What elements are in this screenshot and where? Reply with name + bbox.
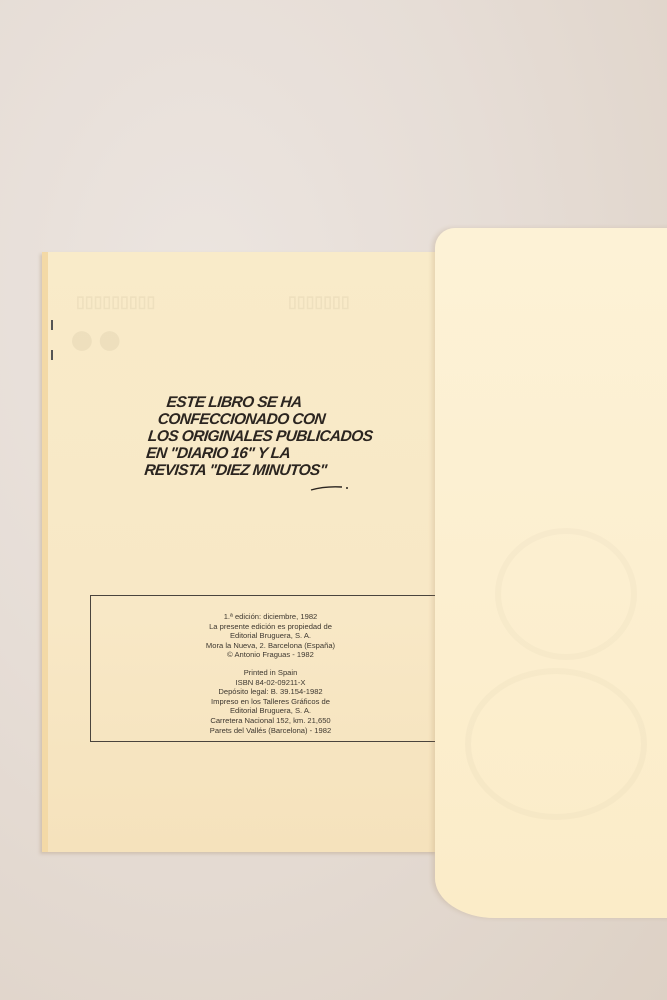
show-through-text: ▯▯▯▯▯▯▯ bbox=[288, 292, 350, 312]
show-through-shape bbox=[495, 528, 637, 660]
imprint-line: La presente edición es propiedad de bbox=[91, 622, 450, 632]
imprint-line: Depósito legal: B. 39.154-1982 bbox=[91, 687, 450, 697]
imprint-line: Carretera Nacional 152, km. 21,650 bbox=[91, 716, 450, 726]
imprint-text: 1.ª edición: diciembre, 1982 La presente… bbox=[91, 612, 450, 735]
imprint-line: 1.ª edición: diciembre, 1982 bbox=[91, 612, 450, 622]
imprint-line: Editorial Bruguera, S. A. bbox=[91, 706, 450, 716]
show-through-shape bbox=[465, 668, 647, 820]
handwritten-note: ESTE LIBRO SE HA CONFECCIONADO CON LOS O… bbox=[144, 394, 413, 479]
note-line: CONFECCIONADO CON bbox=[157, 411, 411, 428]
note-line: EN "DIARIO 16" Y LA bbox=[145, 445, 407, 462]
show-through-number: ●● bbox=[68, 312, 124, 365]
spine-mark bbox=[51, 350, 53, 360]
left-page: ▯▯▯▯▯▯▯▯▯ ●● ▯▯▯▯▯▯▯ ESTE LIBRO SE HA CO… bbox=[42, 252, 437, 852]
note-line: ESTE LIBRO SE HA bbox=[166, 394, 413, 411]
spine-mark bbox=[51, 320, 53, 330]
imprint-line: ISBN 84-02-09211-X bbox=[91, 678, 450, 688]
imprint-line: Impreso en los Talleres Gráficos de bbox=[91, 697, 450, 707]
note-line: REVISTA "DIEZ MINUTOS" bbox=[144, 462, 406, 479]
imprint-line: Parets del Vallés (Barcelona) - 1982 bbox=[91, 726, 450, 736]
imprint-line: © Antonio Fraguas - 1982 bbox=[91, 650, 450, 660]
show-through-text: ▯▯▯▯▯▯▯▯▯ bbox=[76, 292, 155, 312]
note-line: LOS ORIGINALES PUBLICADOS bbox=[147, 428, 409, 445]
imprint-line: Editorial Bruguera, S. A. bbox=[91, 631, 450, 641]
imprint-line: Mora la Nueva, 2. Barcelona (España) bbox=[91, 641, 450, 651]
imprint-line: Printed in Spain bbox=[91, 668, 450, 678]
signature-mark bbox=[310, 485, 350, 491]
right-page bbox=[435, 228, 667, 918]
imprint-box: 1.ª edición: diciembre, 1982 La presente… bbox=[90, 595, 450, 742]
